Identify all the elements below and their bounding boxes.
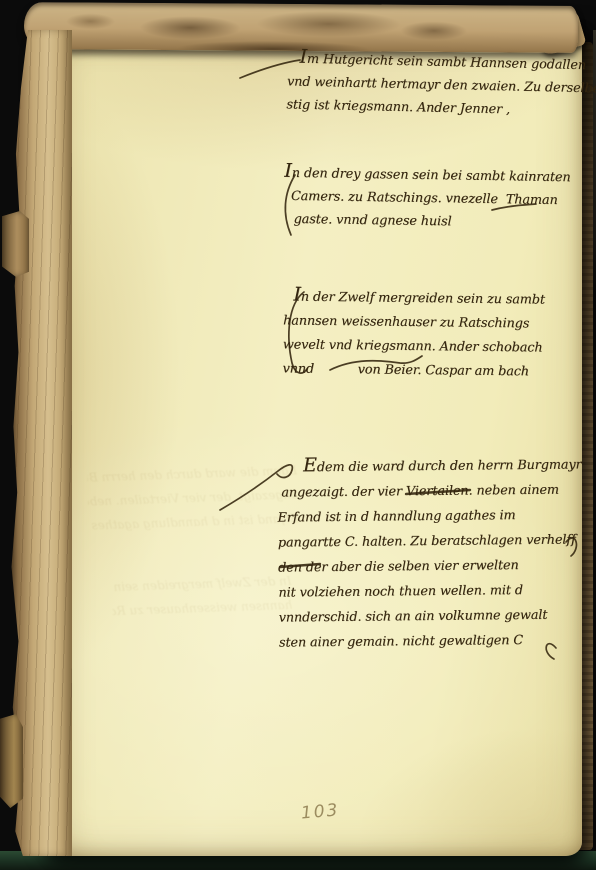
handwriting-line: wevelt vnd kriegsmann. Ander schobach [283,333,545,360]
handwriting-line: sten ainer gemain. nicht gewaltigen C [279,627,584,655]
page-number: 103 [300,800,340,823]
handwriting-line: In der Zwelf mergreiden sein zu sambt [293,283,545,313]
handwriting-line: vnnd von Beier. Caspar am bach [282,357,544,384]
handwriting-line: vnnderschid. sich an ain volkumne gewalt [279,602,584,630]
handwriting-line: angezaigt. der vier Viertailen. neben ai… [281,477,582,505]
handwriting-line: den der aber die selben vier erwelten [278,552,583,580]
paragraph-block-1: Im Hutgericht sein sambt Hannsen godalle… [286,45,596,123]
handwriting-line: nit volziehen noch thuen wellen. mit d [278,577,583,605]
bleed-through-text: Edem die ward durch den herrn Burgmayr a… [87,458,299,537]
handwriting-line: Erfand ist in d hanndlung agathes im [277,502,582,530]
clasp-tab [2,211,29,277]
clasp-tab [0,714,23,808]
handwriting-line: Edem die ward durch den herrn Burgmayr [303,450,582,480]
handwriting-line: hannsen weissenhauser zu Ratschings [283,309,545,336]
handwriting-line: pangartte C. halten. Zu beratschlagen ve… [278,527,583,555]
paragraph-block-4: Edem die ward durch den herrn Burgmayr a… [277,450,584,655]
paragraph-block-3: In der Zwelf mergreiden sein zu sambt ha… [282,282,545,384]
handwriting-line: gaste. vnnd agnese huisl [293,208,570,235]
photo-backdrop: { "scene": { "type": "archival photograp… [0,0,596,870]
paragraph-block-2: In den drey gassen sein bei sambt kainra… [283,160,570,235]
bleed-through-text: In der Zwelf mergreiden sein zu sambt ha… [111,569,293,623]
manuscript-page [38,26,582,856]
